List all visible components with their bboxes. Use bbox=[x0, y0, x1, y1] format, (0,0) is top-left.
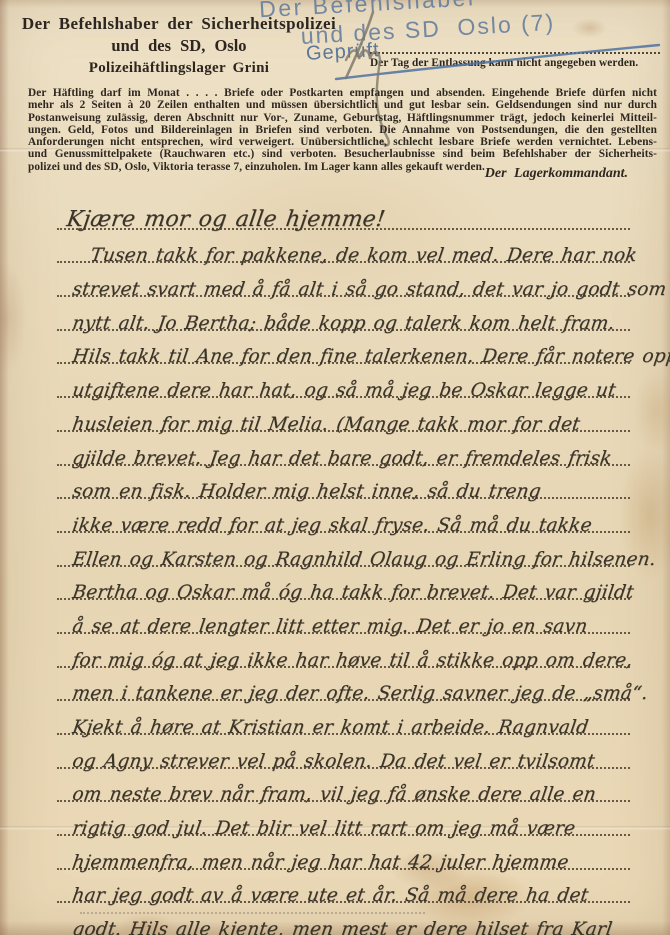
letter-line: Hils takk til Ane for den fine talerkene… bbox=[57, 331, 630, 365]
letter-line: å se at dere lengter litt etter mig. Det… bbox=[57, 600, 630, 634]
release-block: Der Tag der Entlassung kann nicht angege… bbox=[370, 42, 660, 69]
rules-line: Anforderungen nicht entsprechen, wird ve… bbox=[28, 136, 657, 148]
letter-line: som en fisk. Holder mig helst inne, så d… bbox=[57, 466, 630, 500]
letter-body: Kjære mor og alle hjemme! Tusen takk for… bbox=[57, 196, 630, 935]
letter-line: Bertha og Oskar må óg ha takk for brevet… bbox=[57, 567, 630, 601]
release-dotted-line bbox=[370, 42, 660, 54]
rules-line: und Genussmittelpakete (Rauchwaren etc.)… bbox=[28, 148, 657, 160]
letterhead-line-1: Der Befehlshaber der Sicherheitspolizei bbox=[18, 13, 340, 35]
letterhead-block: Der Befehlshaber der Sicherheitspolizei … bbox=[18, 13, 340, 77]
rules-line: ungen. Geld, Fotos und Bildereinlagen in… bbox=[28, 124, 657, 136]
letter-line: om neste brev når fram, vil jeg få ønske… bbox=[57, 769, 630, 803]
letterhead-line-2: und des SD, Oslo bbox=[18, 35, 340, 56]
letter-line: for mig óg at jeg ikke har høve til å st… bbox=[57, 634, 630, 668]
letter-line: gjilde brevet. Jeg har det bare godt, er… bbox=[57, 432, 630, 466]
letter-line: strevet svart med å få alt i så go stand… bbox=[57, 263, 630, 297]
letter-line: husleien for mig til Melia. (Mange takk … bbox=[57, 398, 630, 432]
faint-ruled-line bbox=[80, 912, 425, 914]
letter-line: nytt alt. Jo Bertha; både kopp og talerk… bbox=[57, 297, 630, 331]
letter-line: utgiftene dere har hat, og så må jeg be … bbox=[57, 364, 630, 398]
handwritten-text: Kjære mor og alle hjemme! bbox=[65, 207, 387, 232]
letter-line: Ellen og Karsten og Ragnhild Olaug og Er… bbox=[57, 533, 630, 567]
rules-line: mehr als 2 Seiten à 20 Zeilen enthalten … bbox=[28, 99, 657, 111]
letter-line: Tusen takk for pakkene, de kom vel med. … bbox=[57, 230, 630, 264]
letter-line: og Agny strever vel på skolen. Da det ve… bbox=[57, 735, 630, 769]
letter-line: Kjære mor og alle hjemme! bbox=[57, 196, 630, 230]
lagerkommandant-signature: Der Lagerkommandant. bbox=[485, 166, 628, 182]
letter-line: godt. Hils alle kjente, men mest er dere… bbox=[57, 903, 630, 935]
letter-line: har jeg godt av å være ute et år. Så må … bbox=[57, 870, 630, 904]
rules-line: Der Häftling darf im Monat . . . . Brief… bbox=[28, 87, 657, 99]
letter-line: hjemmenfra, men når jeg har hat 42 juler… bbox=[57, 836, 630, 870]
rules-paragraph: Der Häftling darf im Monat . . . . Brief… bbox=[28, 87, 657, 173]
letter-line: men i tankene er jeg der ofte. Serlig sa… bbox=[57, 668, 630, 702]
letter-page: Der Befehlshaber der Sicherheitspolizei … bbox=[0, 0, 670, 935]
letter-line: ikke være redd for at jeg skal fryse. Så… bbox=[57, 499, 630, 533]
release-note: Der Tag der Entlassung kann nicht angege… bbox=[370, 57, 660, 69]
letterhead-line-3: Polizeihäftlingslager Grini bbox=[18, 60, 340, 77]
handwritten-text: godt. Hils alle kjente, men mest er dere… bbox=[71, 919, 614, 935]
letter-line: Kjekt å høre at Kristian er komt i arbei… bbox=[57, 701, 630, 735]
letter-line: rigtig god jul. Det blir vel litt rart o… bbox=[57, 802, 630, 836]
rules-line: Postanweisung zulässig, deren Abschnitt … bbox=[28, 112, 657, 124]
